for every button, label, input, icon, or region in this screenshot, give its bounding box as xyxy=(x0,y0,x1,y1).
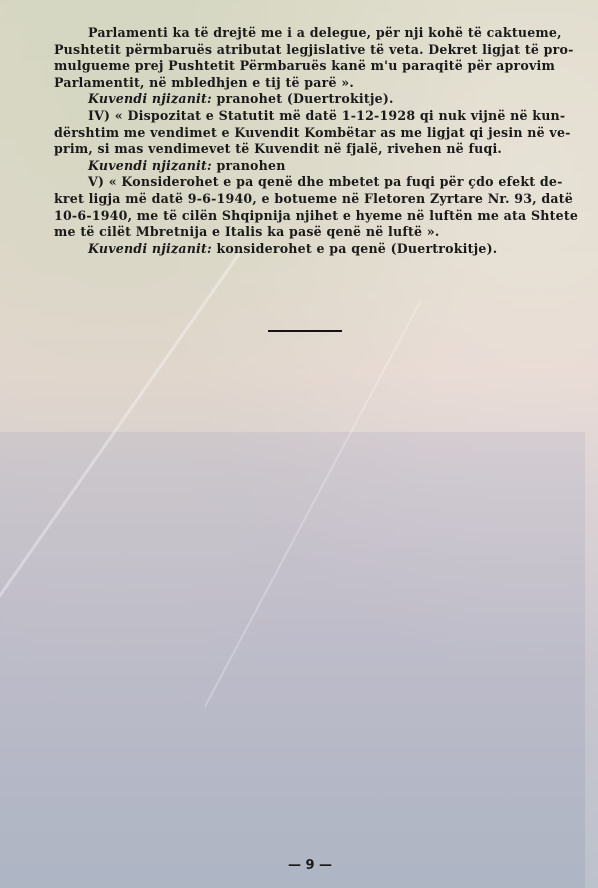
item-iv-line: prim, si mas vendimevet të Kuvendit në f… xyxy=(54,141,554,158)
item-v-line: 10-6-1940, me të cilën Shqipnija njihet … xyxy=(54,208,554,225)
paragraph-line: Pushtetit përmbaruës atributat legjislat… xyxy=(54,42,554,59)
vote-result-3: Kuvendi njizanit: konsiderohet e pa qenë… xyxy=(54,241,554,258)
section-divider xyxy=(268,330,342,332)
page-number: — 9 — xyxy=(280,858,340,873)
paragraph-line: mulgueme prej Pushtetit Përmbaruës kanë … xyxy=(54,58,554,75)
vote-result-2: Kuvendi njizanit: pranohen xyxy=(54,158,554,175)
paragraph-line: Parlamentit, në mbledhjen e tij të parë … xyxy=(54,75,554,92)
item-iv-line: IV) « Dispozitat e Statutit më datë 1-12… xyxy=(54,108,554,125)
vote-result-1: Kuvendi njizanit: pranohet (Duertrokitje… xyxy=(54,91,554,108)
item-iv-line: dërshtim me vendimet e Kuvendit Kombëtar… xyxy=(54,125,554,142)
item-v-line: kret ligja më datë 9-6-1940, e botueme n… xyxy=(54,191,554,208)
item-v-line: V) « Konsiderohet e pa qenë dhe mbetet p… xyxy=(54,174,554,191)
paper-shadow xyxy=(0,432,585,888)
vote-result: konsiderohet e pa qenë (Duertrokitje). xyxy=(217,241,498,256)
vote-result: pranohen xyxy=(217,158,286,173)
vote-result: pranohet (Duertrokitje). xyxy=(217,91,394,106)
document-body: Parlamenti ka të drejtë me i a delegue, … xyxy=(54,25,554,257)
vote-label: Kuvendi njizanit: xyxy=(88,158,212,173)
paragraph-line: Parlamenti ka të drejtë me i a delegue, … xyxy=(54,25,554,42)
vote-label: Kuvendi njizanit: xyxy=(88,91,212,106)
vote-label: Kuvendi njizanit: xyxy=(88,241,212,256)
item-v-line: me të cilët Mbretnija e Italis ka pasë q… xyxy=(54,224,554,241)
